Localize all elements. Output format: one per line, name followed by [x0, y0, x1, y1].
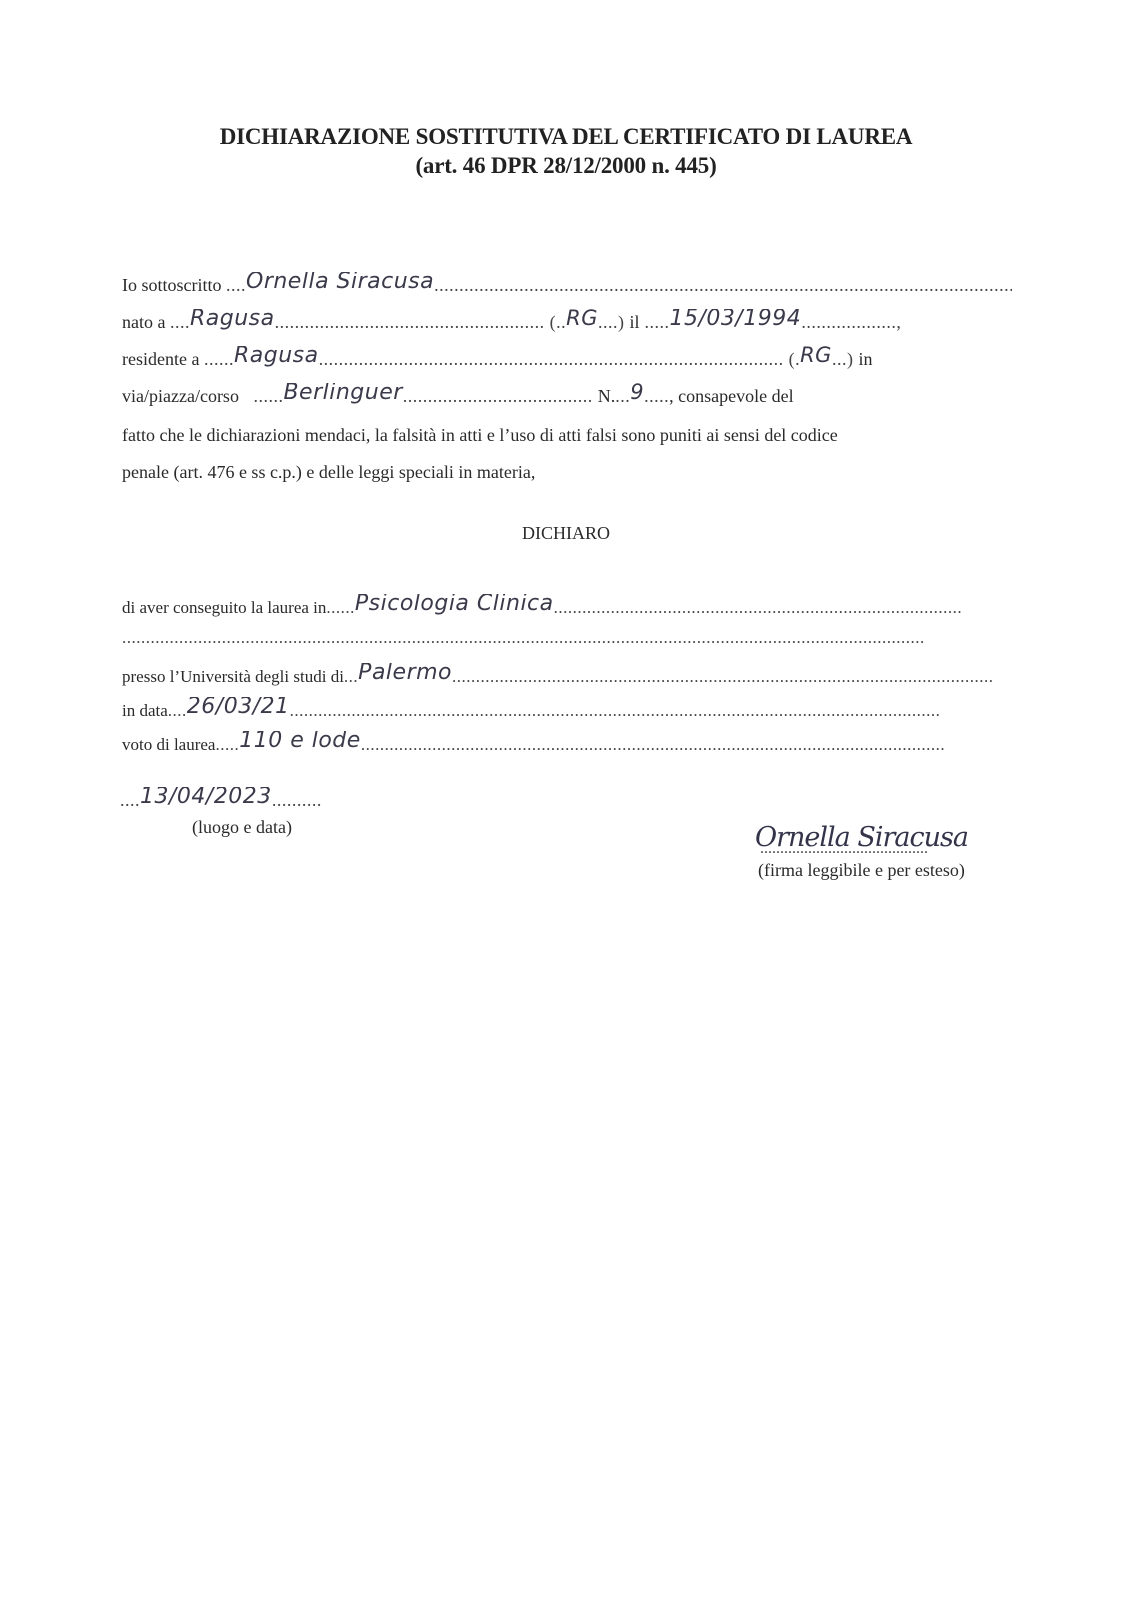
- value-residente-a[interactable]: Ragusa: [234, 346, 319, 368]
- label-data-nascita: il: [629, 312, 639, 332]
- value-sottoscritto[interactable]: Ornella Siracusa: [246, 272, 434, 294]
- label-residente-a: residente a: [122, 349, 199, 369]
- caption-luogo-data: (luogo e data): [192, 817, 292, 838]
- value-universita[interactable]: Palermo: [358, 663, 452, 685]
- value-luogo-data[interactable]: 13/04/2023: [140, 787, 272, 809]
- label-data-laurea: in data: [122, 701, 168, 720]
- document-subtitle: (art. 46 DPR 28/12/2000 n. 445): [0, 153, 1132, 179]
- value-via[interactable]: Berlinguer: [283, 383, 402, 405]
- field-via[interactable]: via/piazza/corso ......Berlinguer.......…: [122, 383, 1012, 411]
- label-in: in: [858, 349, 872, 369]
- value-provincia-nascita[interactable]: RG: [566, 309, 598, 330]
- value-voto[interactable]: 110 e lode: [239, 731, 361, 753]
- document-title: DICHIARAZIONE SOSTITUTIVA DEL CERTIFICAT…: [0, 124, 1132, 150]
- value-data-nascita[interactable]: 15/03/1994: [670, 309, 802, 331]
- value-data-laurea[interactable]: 26/03/21: [187, 697, 290, 719]
- value-numero[interactable]: 9: [630, 383, 644, 404]
- field-nato-a[interactable]: nato a ....Ragusa.......................…: [122, 309, 1012, 337]
- caption-firma: (firma leggibile e per esteso): [758, 860, 965, 881]
- field-universita[interactable]: presso l’Università degli studi di...Pal…: [122, 663, 1012, 691]
- label-via: via/piazza/corso: [122, 386, 239, 406]
- label-nato-a: nato a: [122, 312, 165, 332]
- label-numero: N.: [598, 386, 616, 406]
- declaration-line-1: fatto che le dichiarazioni mendaci, la f…: [122, 417, 1012, 454]
- label-laurea: di aver conseguito la laurea in: [122, 598, 326, 617]
- dichiaro-heading: DICHIARO: [0, 523, 1132, 544]
- field-data-laurea[interactable]: in data....26/03/21.....................…: [122, 697, 1012, 725]
- field-laurea[interactable]: di aver conseguito la laurea in......Psi…: [122, 594, 1012, 622]
- value-nato-a[interactable]: Ragusa: [190, 309, 275, 331]
- label-voto: voto di laurea: [122, 735, 215, 754]
- field-residente-a[interactable]: residente a ......Ragusa................…: [122, 346, 1012, 374]
- value-laurea[interactable]: Psicologia Clinica: [355, 594, 554, 616]
- field-sottoscritto[interactable]: Io sottoscritto ....Ornella Siracusa....…: [122, 272, 1012, 300]
- field-laurea-continuation: ........................................…: [122, 628, 1012, 656]
- signature-line: ........................................…: [760, 840, 928, 858]
- declaration-line-2: penale (art. 476 e ss c.p.) e delle legg…: [122, 454, 1012, 491]
- label-universita: presso l’Università degli studi di: [122, 667, 344, 686]
- value-provincia-residenza[interactable]: RG: [800, 346, 832, 367]
- field-luogo-data[interactable]: ....13/04/2023..........: [120, 787, 400, 815]
- label-sottoscritto: Io sottoscritto: [122, 275, 222, 295]
- label-consapevole: , consapevole del: [669, 386, 793, 406]
- declaration-paragraph: fatto che le dichiarazioni mendaci, la f…: [122, 417, 1012, 491]
- field-voto[interactable]: voto di laurea.....110 e lode...........…: [122, 731, 1012, 759]
